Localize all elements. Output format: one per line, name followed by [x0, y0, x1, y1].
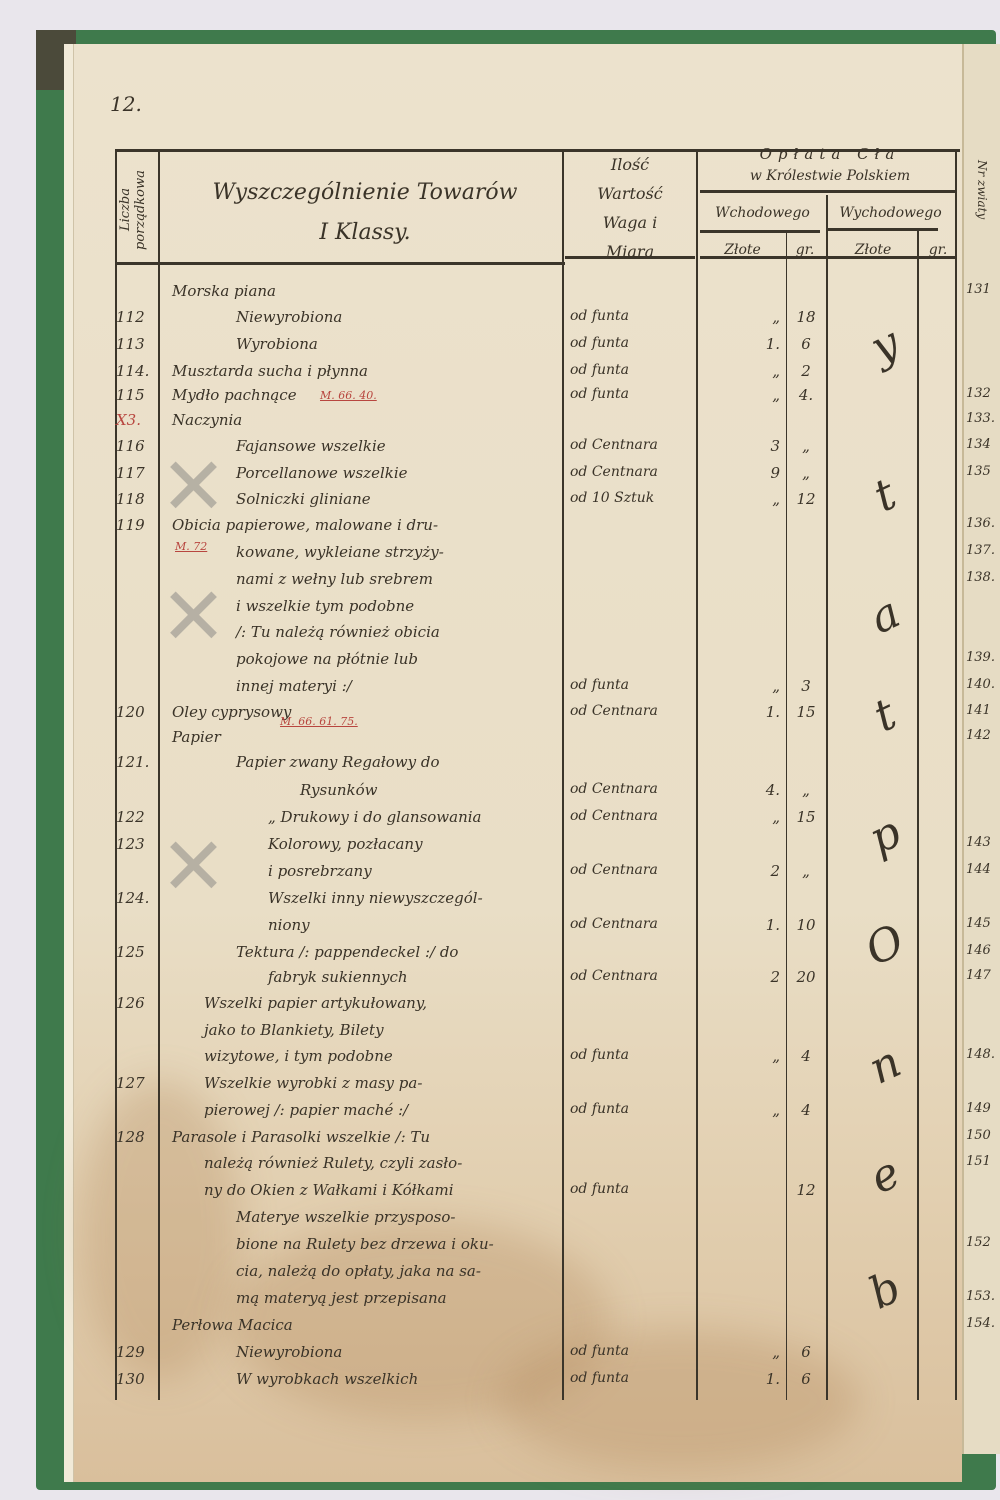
pencil-x-mark: ✕	[160, 820, 227, 913]
row-description: niony	[268, 916, 310, 934]
row-unit: od funta	[570, 677, 695, 693]
header-next-page: Nr zwiaty	[965, 140, 989, 240]
row-description: Papier zwany Regałowy do	[236, 753, 440, 771]
row-description: Wszelki inny niewyszczegól-	[268, 889, 483, 907]
table-row: 128Parasole i Parasolki wszelkie /: Tu15…	[0, 1128, 1000, 1152]
table-row: bione na Rulety bez drzewa i oku-152	[0, 1235, 1000, 1259]
row-zloty: 1.	[705, 1370, 780, 1388]
header-quantity-line: Miara	[565, 237, 695, 266]
table-row: X3.Naczynia133.	[0, 411, 1000, 435]
row-zloty: 2	[705, 968, 780, 986]
row-number: 122	[116, 808, 156, 826]
row-description: nami z wełny lub srebrem	[236, 570, 433, 588]
row-grosz: 3	[790, 677, 822, 695]
row-next-ref: 143	[966, 835, 1000, 850]
row-zloty: „	[705, 362, 780, 380]
row-description: fabryk sukiennych	[268, 968, 408, 986]
table-row: 112Niewyrobionaod funta„18	[0, 308, 1000, 332]
header-grosz-export: gr.	[918, 242, 958, 258]
table-row: 114.Musztarda sucha i płynnaod funta„2	[0, 362, 1000, 386]
row-description: /: Tu należą również obicia	[236, 623, 440, 641]
row-description: należą również Rulety, czyli zasło-	[204, 1154, 462, 1172]
row-description: Mydło pachnące	[172, 386, 297, 404]
row-next-ref: 134	[966, 437, 1000, 452]
row-description: cia, należą do opłaty, jaka na sa-	[236, 1262, 481, 1280]
table-row: fabryk sukiennychod Centnara220147	[0, 968, 1000, 992]
row-zloty: 3	[705, 437, 780, 455]
row-description: Solniczki gliniane	[236, 490, 371, 508]
table-row: Rysunkówod Centnara4.„	[0, 781, 1000, 805]
row-next-ref: 147	[966, 968, 1000, 983]
header-zloty: Złote	[700, 242, 785, 258]
row-number: 125	[116, 943, 156, 961]
table-row: pokojowe na płótnie lub139.	[0, 650, 1000, 674]
row-next-ref: 137.	[966, 543, 1000, 558]
row-description: mą materyą jest przepisana	[236, 1289, 447, 1307]
row-number: 121.	[116, 753, 156, 771]
row-zloty: 1.	[705, 916, 780, 934]
row-description: Morska piana	[172, 282, 276, 300]
row-unit: od funta	[570, 335, 695, 351]
row-grosz: „	[790, 437, 822, 455]
row-zloty: „	[705, 677, 780, 695]
table-row: i posrebrzanyod Centnara2„144	[0, 862, 1000, 886]
row-grosz: 15	[790, 703, 822, 721]
row-next-ref: 148.	[966, 1047, 1000, 1062]
row-description: Papier	[172, 728, 221, 746]
table-row: 121.Papier zwany Regałowy do	[0, 753, 1000, 777]
row-description: Oley cyprysowy	[172, 703, 291, 721]
row-next-ref: 154.	[966, 1316, 1000, 1331]
row-grosz: „	[790, 862, 822, 880]
row-description: Wszelkie wyrobki z masy pa-	[204, 1074, 422, 1092]
row-description: Wyrobiona	[236, 335, 318, 353]
row-grosz: 18	[790, 308, 822, 326]
row-zloty: „	[705, 1047, 780, 1065]
table-row: Perłowa Macica154.	[0, 1316, 1000, 1340]
row-grosz: 2	[790, 362, 822, 380]
row-next-ref: 138.	[966, 570, 1000, 585]
header-quantity: Ilość Wartość Waga i Miara	[565, 150, 695, 266]
row-description: „ Drukowy i do glansowania	[268, 808, 481, 826]
row-grosz: 6	[790, 335, 822, 353]
row-zloty: „	[705, 490, 780, 508]
row-next-ref: 132	[966, 386, 1000, 401]
row-unit: od 10 Sztuk	[570, 490, 695, 506]
row-number: 129	[116, 1343, 156, 1361]
row-grosz: 10	[790, 916, 822, 934]
row-grosz: 6	[790, 1370, 822, 1388]
table-row: Morska piana131	[0, 282, 1000, 306]
row-description: Musztarda sucha i płynna	[172, 362, 368, 380]
row-unit: od Centnara	[570, 437, 695, 453]
row-next-ref: 133.	[966, 411, 1000, 426]
table-row: Materye wszelkie przysposo-	[0, 1208, 1000, 1232]
row-unit: od Centnara	[570, 862, 695, 878]
row-number: 115	[116, 386, 156, 404]
row-grosz: 4.	[790, 386, 822, 404]
header-grosz: gr.	[785, 242, 825, 258]
table-row: 129Niewyrobionaod funta„6	[0, 1343, 1000, 1367]
row-number: 128	[116, 1128, 156, 1146]
row-unit: od funta	[570, 1047, 695, 1063]
row-unit: od Centnara	[570, 808, 695, 824]
row-next-ref: 150	[966, 1128, 1000, 1143]
row-next-ref: 146	[966, 943, 1000, 958]
row-grosz: „	[790, 781, 822, 799]
row-unit: od Centnara	[570, 781, 695, 797]
row-number: 118	[116, 490, 156, 508]
row-number: 130	[116, 1370, 156, 1388]
header-export: Wychodowego	[828, 205, 953, 221]
row-number: 113	[116, 335, 156, 353]
row-unit: od funta	[570, 386, 695, 402]
row-number: 123	[116, 835, 156, 853]
row-zloty: 4.	[705, 781, 780, 799]
table-row: 127Wszelkie wyrobki z masy pa-	[0, 1074, 1000, 1098]
header-quantity-line: Wartość	[565, 179, 695, 208]
row-next-ref: 139.	[966, 650, 1000, 665]
row-description: wizytowe, i tym podobne	[204, 1047, 393, 1065]
row-next-ref: 149	[966, 1101, 1000, 1116]
row-zloty: „	[705, 1343, 780, 1361]
row-zloty: 1.	[705, 703, 780, 721]
header-zloty-export: Złote	[828, 242, 918, 258]
table-row: mą materyą jest przepisana153.	[0, 1289, 1000, 1313]
row-description: ny do Okien z Wałkami i Kółkami	[204, 1181, 454, 1199]
row-description: Niewyrobiona	[236, 1343, 342, 1361]
row-unit: od funta	[570, 1181, 695, 1197]
row-number: 127	[116, 1074, 156, 1092]
row-description: Materye wszelkie przysposo-	[236, 1208, 455, 1226]
row-description: Kolorowy, pozłacany	[268, 835, 423, 853]
row-unit: od funta	[570, 1101, 695, 1117]
row-next-ref: 140.	[966, 677, 1000, 692]
row-number: 116	[116, 437, 156, 455]
table-row: 116Fajansowe wszelkieod Centnara3„134	[0, 437, 1000, 461]
row-grosz: 4	[790, 1047, 822, 1065]
row-number: 114.	[116, 362, 156, 380]
row-description: i posrebrzany	[268, 862, 372, 880]
table-row: 118Solniczki glinianeod 10 Sztuk„12	[0, 490, 1000, 514]
header-quantity-line: Ilość	[565, 150, 695, 179]
row-grosz: 4	[790, 1101, 822, 1119]
header-kingdom: w Królestwie Polskiem	[700, 168, 960, 184]
row-number: 119	[116, 516, 156, 534]
table-row: 125Tektura /: pappendeckel :/ do146	[0, 943, 1000, 967]
row-grosz: 20	[790, 968, 822, 986]
row-next-ref: 151	[966, 1154, 1000, 1169]
table-row: 124.Wszelki inny niewyszczegól-	[0, 889, 1000, 913]
table-row: nami z wełny lub srebrem138.	[0, 570, 1000, 594]
row-number: 117	[116, 464, 156, 482]
row-description: W wyrobkach wszelkich	[236, 1370, 418, 1388]
header-oplata-rule	[700, 190, 955, 193]
row-number: 126	[116, 994, 156, 1012]
row-zloty: „	[705, 808, 780, 826]
row-next-ref: 141	[966, 703, 1000, 718]
row-description: Naczynia	[172, 411, 242, 429]
table-row: Papier142	[0, 728, 1000, 752]
row-next-ref: 153.	[966, 1289, 1000, 1304]
row-description: Perłowa Macica	[172, 1316, 293, 1334]
row-grosz: 12	[790, 490, 822, 508]
header-bottom-rule	[115, 262, 565, 265]
row-grosz: 15	[790, 808, 822, 826]
header-wch-rule	[700, 230, 820, 233]
row-description: pierowej /: papier maché :/	[204, 1101, 408, 1119]
table-row: /: Tu należą również obicia	[0, 623, 1000, 647]
row-description: bione na Rulety bez drzewa i oku-	[236, 1235, 494, 1253]
table-row: 115Mydło pachnąceod funta„4.132	[0, 386, 1000, 410]
row-unit: od funta	[570, 308, 695, 324]
row-grosz: „	[790, 464, 822, 482]
row-next-ref: 152	[966, 1235, 1000, 1250]
header-quantity-line: Waga i	[565, 208, 695, 237]
row-next-ref: 136.	[966, 516, 1000, 531]
row-zloty: „	[705, 308, 780, 326]
row-zloty: „	[705, 386, 780, 404]
table-row: ny do Okien z Wałkami i Kółkamiod funta1…	[0, 1181, 1000, 1205]
row-unit: od Centnara	[570, 464, 695, 480]
row-description: i wszelkie tym podobne	[236, 597, 414, 615]
row-unit: od funta	[570, 1370, 695, 1386]
row-unit: od Centnara	[570, 703, 695, 719]
red-annotation: M. 66. 40.	[320, 389, 377, 402]
row-number: 112	[116, 308, 156, 326]
row-grosz: 6	[790, 1343, 822, 1361]
pencil-x-mark: ✕	[160, 440, 227, 533]
row-zloty: 1.	[705, 335, 780, 353]
row-description: pokojowe na płótnie lub	[236, 650, 418, 668]
row-description: Niewyrobiona	[236, 308, 342, 326]
pencil-x-mark: ✕	[160, 570, 227, 663]
header-lp: Liczba porządkowa	[118, 160, 154, 260]
table-row: kowane, wykleiane strzyży-137.	[0, 543, 1000, 567]
row-zloty: „	[705, 1101, 780, 1119]
row-next-ref: 142	[966, 728, 1000, 743]
row-unit: od Centnara	[570, 916, 695, 932]
header-wych-rule	[828, 228, 938, 231]
table-row: 126Wszelki papier artykułowany,	[0, 994, 1000, 1018]
row-description: Rysunków	[300, 781, 377, 799]
row-zloty: 9	[705, 464, 780, 482]
table-row: innej materyi :/od funta„3140.	[0, 677, 1000, 701]
row-unit: od funta	[570, 1343, 695, 1359]
row-number: X3.	[116, 411, 156, 429]
row-number: 124.	[116, 889, 156, 907]
row-next-ref: 131	[966, 282, 1000, 297]
row-unit: od Centnara	[570, 968, 695, 984]
row-description: innej materyi :/	[236, 677, 352, 695]
header-oplata: Opłata Cła	[700, 145, 960, 163]
table-row: pierowej /: papier maché :/od funta„4149	[0, 1101, 1000, 1125]
header-import: Wchodowego	[700, 205, 825, 221]
row-description: Tektura /: pappendeckel :/ do	[236, 943, 458, 961]
row-description: Parasole i Parasolki wszelkie /: Tu	[172, 1128, 430, 1146]
table-row: 123Kolorowy, pozłacany143	[0, 835, 1000, 859]
header-class: I Klassy.	[170, 220, 560, 245]
page-number: 12.	[110, 92, 142, 116]
row-grosz: 12	[790, 1181, 822, 1199]
table-row: 119Obicia papierowe, malowane i dru-136.	[0, 516, 1000, 540]
row-next-ref: 135	[966, 464, 1000, 479]
row-number: 120	[116, 703, 156, 721]
row-description: kowane, wykleiane strzyży-	[236, 543, 444, 561]
table-row: jako to Blankiety, Bilety	[0, 1021, 1000, 1045]
row-description: Wszelki papier artykułowany,	[204, 994, 427, 1012]
red-annotation: M. 72	[175, 540, 207, 553]
row-description: jako to Blankiety, Bilety	[204, 1021, 384, 1039]
row-next-ref: 145	[966, 916, 1000, 931]
red-annotation: M. 66. 61. 75.	[280, 715, 358, 728]
row-next-ref: 144	[966, 862, 1000, 877]
table-row: 130W wyrobkach wszelkichod funta1.6	[0, 1370, 1000, 1394]
row-unit: od funta	[570, 362, 695, 378]
row-description: Fajansowe wszelkie	[236, 437, 386, 455]
header-title: Wyszczególnienie Towarów	[170, 180, 560, 205]
row-zloty: 2	[705, 862, 780, 880]
row-description: Porcellanowe wszelkie	[236, 464, 408, 482]
